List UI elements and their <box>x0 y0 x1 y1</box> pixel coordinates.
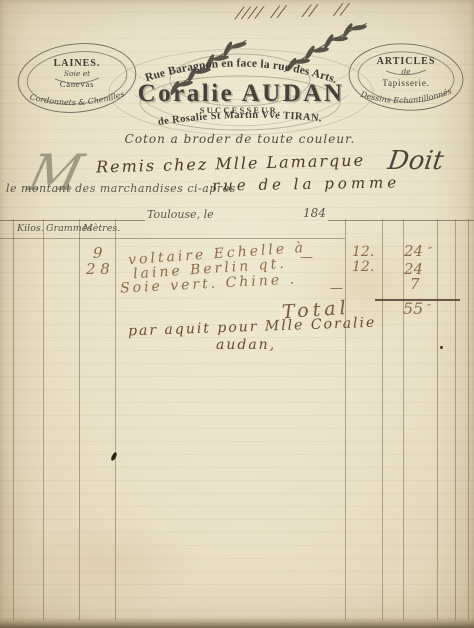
row3-dash: — <box>330 281 343 296</box>
dateline-place: Toulouse, le <box>147 208 214 221</box>
left-medallion-sub2: Canevas <box>60 79 94 89</box>
table-column-line <box>13 219 14 620</box>
dateline-year: 184 <box>303 206 326 220</box>
printed-amount-line: le montant des marchandises ci-après <box>6 182 236 195</box>
address-handwriting: rue de la pomme <box>212 173 400 194</box>
column-header-metres: Mètres. <box>83 223 120 234</box>
table-header-rule <box>0 238 345 239</box>
table-column-line <box>115 219 116 620</box>
left-medallion-caption: Cordonnets & Chenilles <box>29 89 126 107</box>
proprietor-name: Coralie AUDAN <box>138 80 345 107</box>
row1-price: 12. <box>352 244 374 260</box>
row1-cents: ″ <box>428 245 432 258</box>
table-column-line <box>345 219 346 620</box>
row1-dash: — <box>300 250 313 265</box>
dateline-rule-left <box>0 220 145 221</box>
table-column-line <box>455 219 456 620</box>
left-medallion-caption-arc: Cordonnets & Chenilles <box>29 89 126 107</box>
receipt-note-line2: audan, <box>216 337 276 353</box>
total-amount: 55 <box>403 299 423 318</box>
right-medallion-sub1: de <box>401 67 411 76</box>
invoice-sheet: ⁄⁄⁄⁄ ⁄⁄ ⁄⁄ ⁄⁄ <box>0 0 474 628</box>
table-column-line <box>79 219 80 620</box>
pen-dot <box>440 346 443 349</box>
left-medallion-sub1: Soie et <box>64 69 91 78</box>
row1-amount: 24 <box>404 242 423 260</box>
right-medallion-sub2: Tapisserie. <box>382 78 429 88</box>
table-column-line <box>403 219 404 620</box>
left-medallion-title: LAINES. <box>54 58 101 69</box>
right-medallion-title: ARTICLES <box>377 56 436 67</box>
row2-qty: 2 8 <box>86 260 110 278</box>
doit-label: Doit <box>386 146 445 176</box>
table-column-line <box>437 219 438 620</box>
total-cents: ″ <box>427 302 431 315</box>
tagline: Coton a broder de toute couleur. <box>125 132 356 146</box>
row3-amount: 7 <box>410 275 420 293</box>
column-header-kilos: Kilos. <box>17 223 44 234</box>
sheet-bottom-shadow <box>0 617 474 628</box>
dateline-rule-right <box>328 220 474 221</box>
table-column-line <box>43 219 44 620</box>
table-column-line <box>382 219 383 620</box>
table-column-line <box>468 219 469 620</box>
row2-price: 12. <box>352 259 374 275</box>
